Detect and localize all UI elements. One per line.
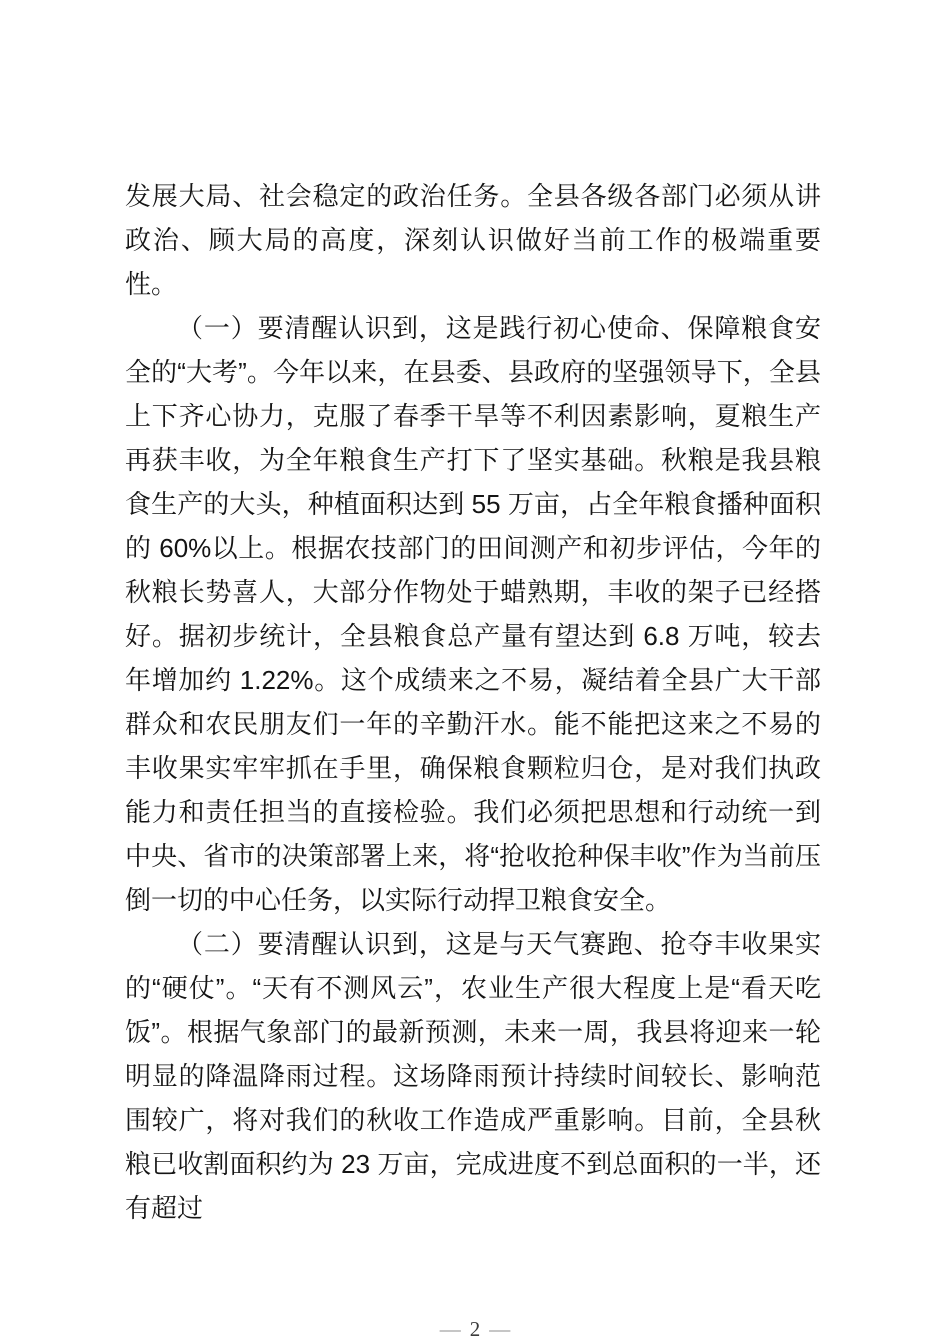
paragraph-point-two: （二）要清醒认识到，这是与天气赛跑、抢夺丰收果实的“硬仗”。“天有不测风云”，农…	[125, 922, 821, 1230]
footer-dash-right: —	[489, 1317, 510, 1341]
document-body: 发展大局、社会稳定的政治任务。全县各级各部门必须从讲政治、顾大局的高度，深刻认识…	[125, 174, 821, 1230]
page-number: 2	[470, 1317, 481, 1341]
page-footer: —2—	[0, 1314, 950, 1344]
paragraph-point-one: （一）要清醒认识到，这是践行初心使命、保障粮食安全的“大考”。今年以来，在县委、…	[125, 306, 821, 922]
paragraph-continuation: 发展大局、社会稳定的政治任务。全县各级各部门必须从讲政治、顾大局的高度，深刻认识…	[125, 174, 821, 306]
footer-dash-left: —	[440, 1317, 461, 1341]
document-page: 发展大局、社会稳定的政治任务。全县各级各部门必须从讲政治、顾大局的高度，深刻认识…	[0, 0, 950, 1344]
